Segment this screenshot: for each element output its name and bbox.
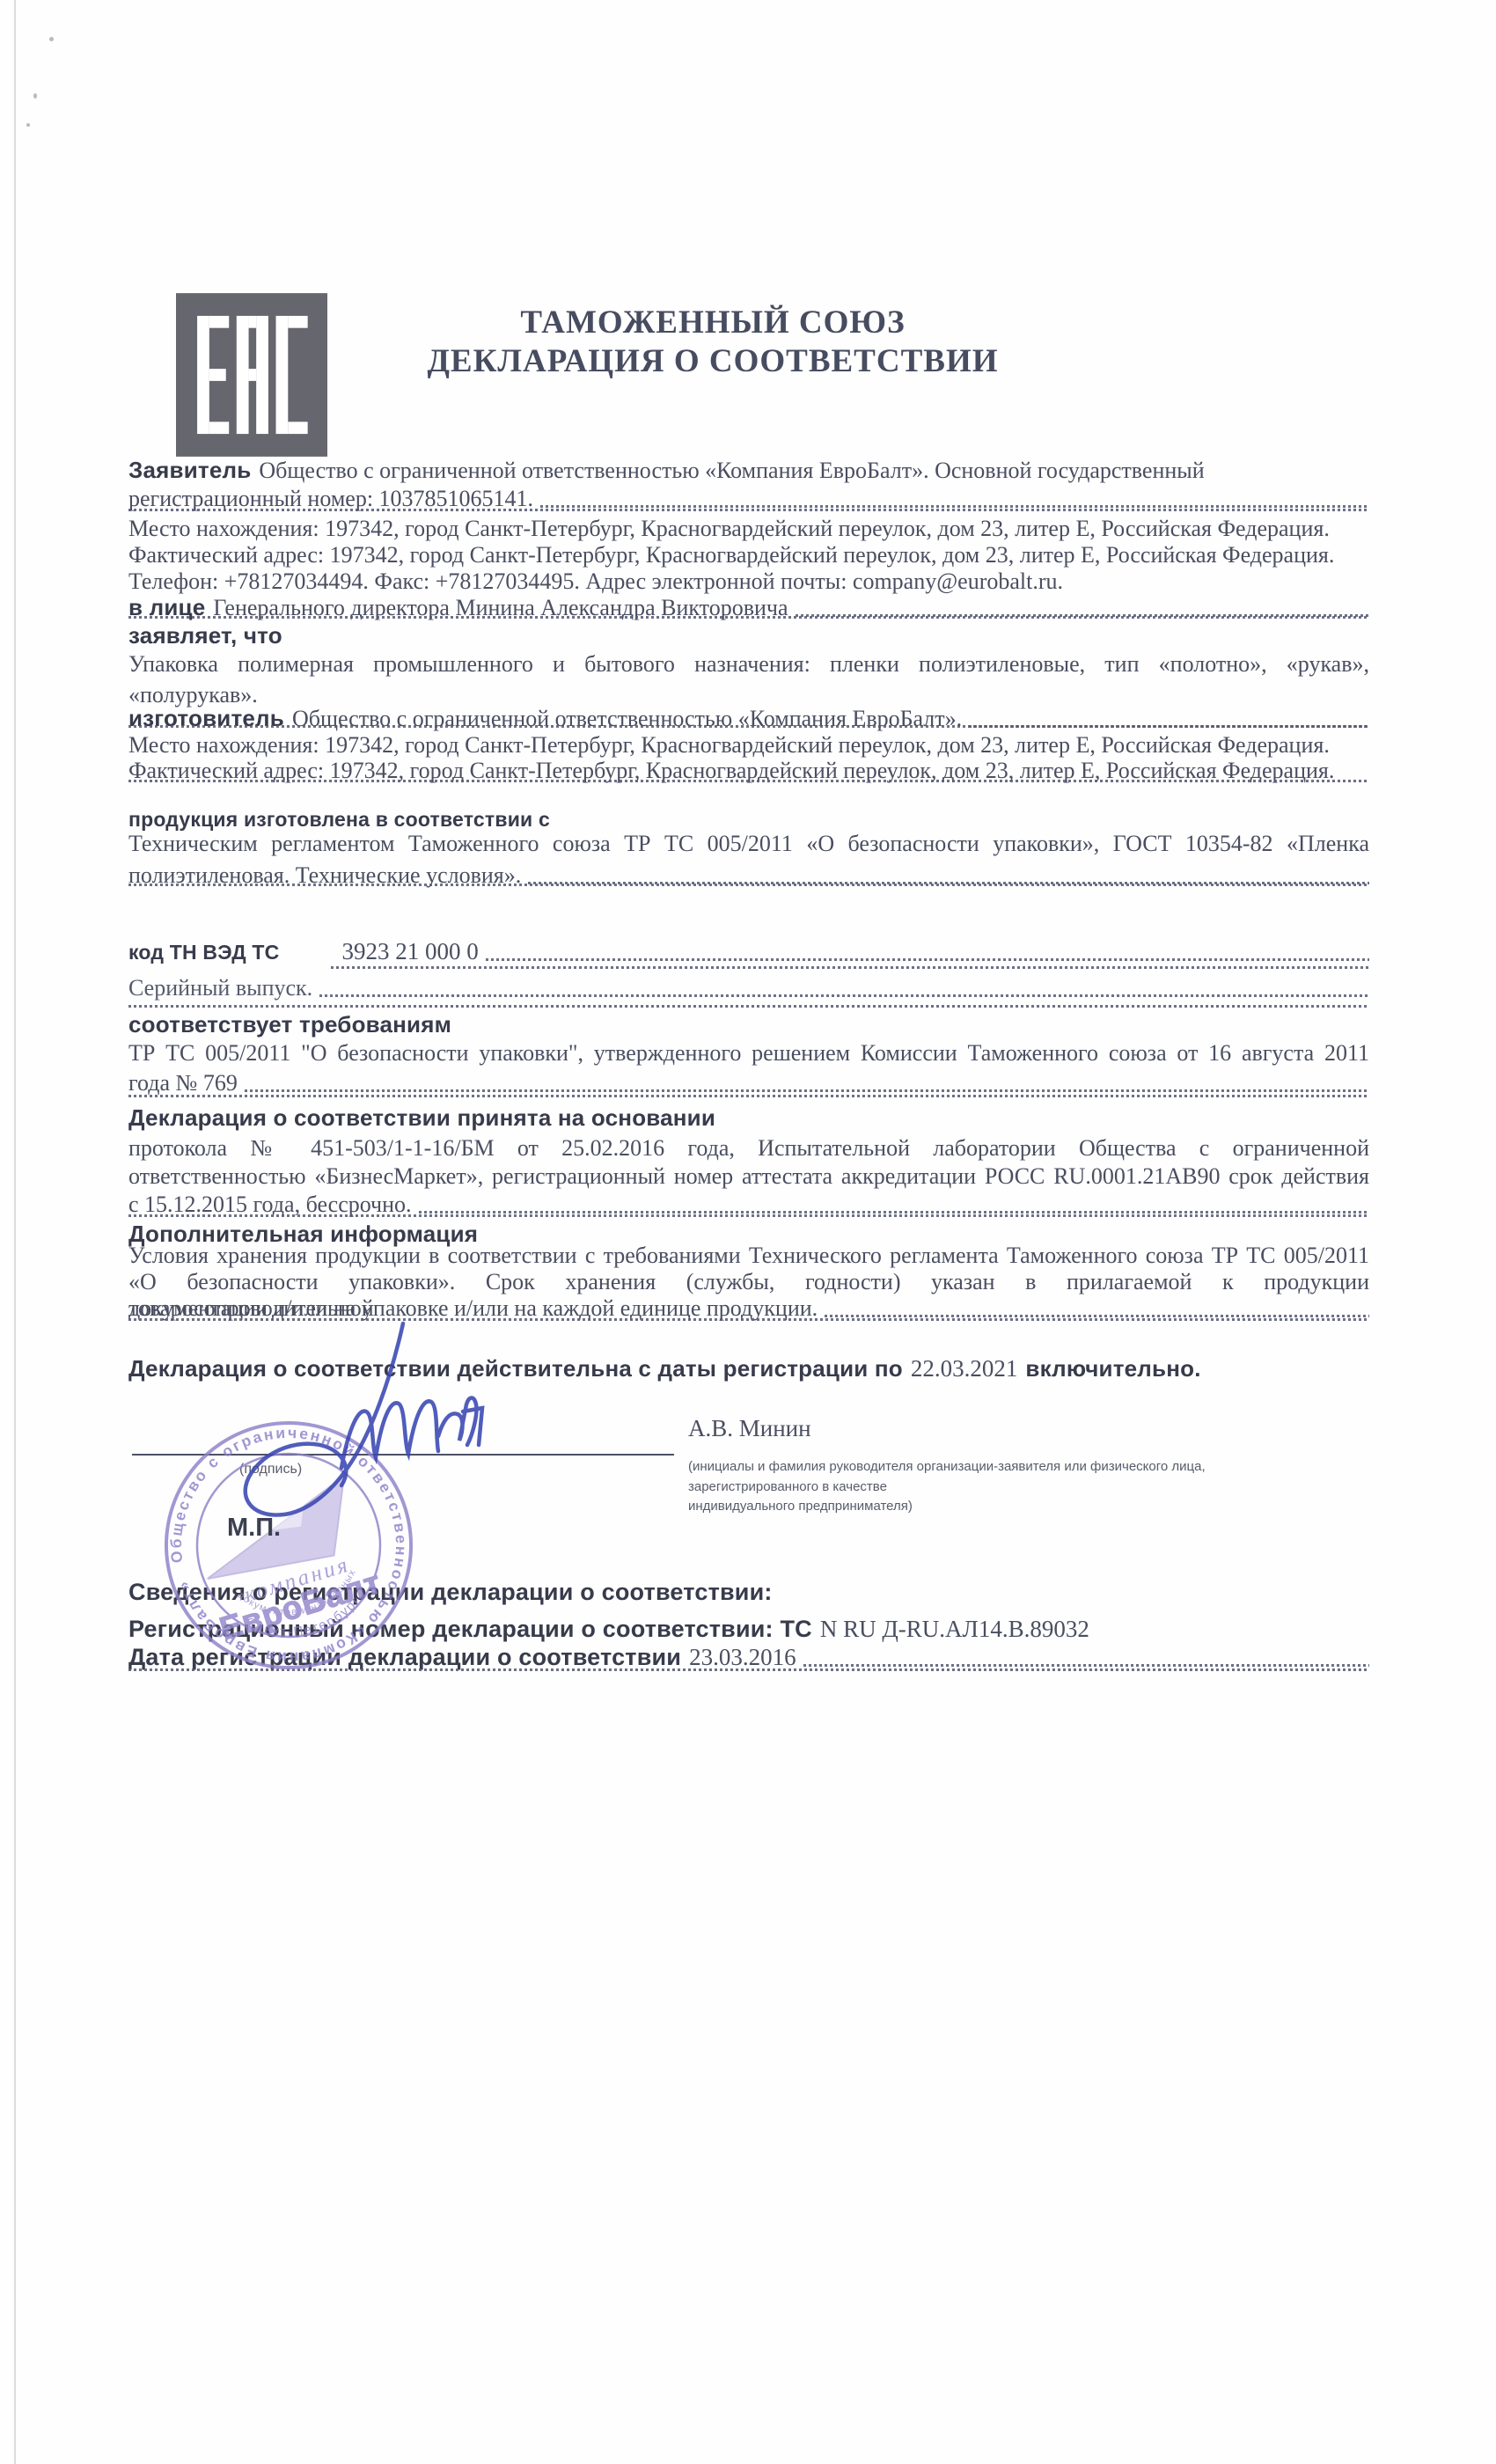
basis-line1: протокола № 451-503/1-1-16/БМ от 25.02.2… (128, 1135, 1369, 1162)
applicant-contacts: Телефон: +78127034494. Факс: +7812703449… (128, 568, 1369, 595)
dotted-rule (128, 509, 1369, 511)
dotted-rule (128, 1214, 1369, 1217)
signature-note: (инициалы и фамилия руководителя организ… (688, 1457, 1304, 1517)
eac-mark-logo (176, 293, 327, 457)
conforms-line2: года № 769 (128, 1070, 1369, 1096)
applicant-label: Заявитель (128, 458, 251, 484)
product-line1: Упаковка полимерная промышленного и быто… (128, 651, 1369, 678)
conforms-heading: соответствует требованиям (128, 1012, 1369, 1038)
accordance-heading: продукция изготовлена в соответствии с (128, 808, 1369, 831)
stamp-place-label: М.П. (227, 1514, 281, 1543)
applicant-line1: Заявитель Общество с ограниченной ответс… (128, 458, 1369, 484)
manufacturer-line: изготовитель Общество с ограниченной отв… (128, 706, 1369, 732)
basis-heading: Декларация о соответствии принята на осн… (128, 1105, 1369, 1132)
scan-speck (49, 37, 54, 41)
applicant-actual-address: Фактический адрес: 197342, город Санкт-П… (128, 542, 1369, 568)
scan-speck (26, 123, 30, 127)
dotted-rule (128, 616, 1369, 619)
accordance-line1: Техническим регламентом Таможенного союз… (128, 831, 1369, 857)
dotted-rule (128, 884, 1369, 886)
serial-line: Серийный выпуск. (128, 975, 1369, 1001)
basis-line2: ответственностью «БизнесМаркет», регистр… (128, 1163, 1369, 1190)
declares-heading: заявляет, что (128, 623, 1369, 649)
document-title-line2: ДЕКЛАРАЦИЯ О СООТВЕТСТВИИ (378, 342, 1047, 380)
product-line2: «полурукав». (128, 682, 1369, 708)
manufacturer-address: Место нахождения: 197342, город Санкт-Пе… (128, 732, 1369, 759)
conforms-line1: ТР ТС 005/2011 "О безопасности упаковки"… (128, 1040, 1369, 1067)
declaration-document: ТАМОЖЕННЫЙ СОЮЗ ДЕКЛАРАЦИЯ О СООТВЕТСТВИ… (0, 0, 1496, 2464)
signer-name: А.В. Минин (688, 1415, 811, 1442)
document-title-line1: ТАМОЖЕННЫЙ СОЮЗ (378, 304, 1047, 341)
applicant-address: Место нахождения: 197342, город Санкт-Пе… (128, 516, 1369, 542)
dotted-rule (331, 966, 1369, 969)
registration-number-value: N RU Д-RU.АЛ14.В.89032 (820, 1616, 1089, 1643)
manufacturer-label: изготовитель (128, 706, 284, 732)
dotted-rule (128, 1005, 1369, 1008)
scan-edge-artifact (14, 0, 16, 2464)
dotted-rule (128, 725, 1369, 728)
registration-date-value: 23.03.2016 (689, 1644, 796, 1671)
dotted-rule (128, 1095, 1369, 1097)
tnved-label: код ТН ВЭД ТС (128, 941, 279, 964)
dotted-rule (128, 780, 1369, 782)
tnved-code: 3923 21 000 0 (341, 938, 478, 965)
scan-speck (33, 93, 37, 99)
tnved-line: код ТН ВЭД ТС 3923 21 000 0 (128, 938, 1369, 965)
additional-line1: Условия хранения продукции в соответстви… (128, 1243, 1369, 1269)
validity-date: 22.03.2021 (911, 1355, 1018, 1382)
